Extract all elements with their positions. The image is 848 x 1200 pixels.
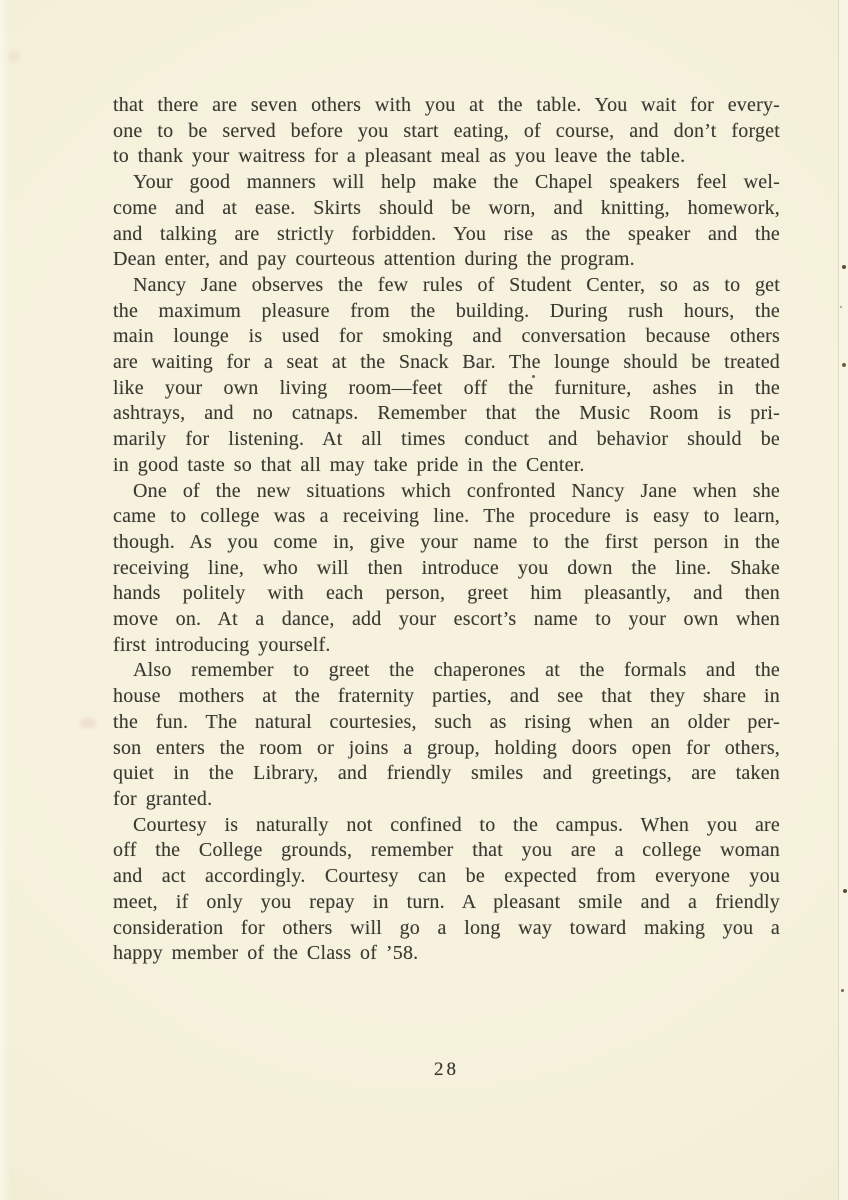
- text-line: in good taste so that all may take pride…: [113, 453, 780, 479]
- paragraph: One of the new situations which confront…: [113, 479, 780, 659]
- text-line: the fun. The natural courtesies, such as…: [113, 710, 780, 736]
- scan-edge-left: [0, 0, 10, 1200]
- text-line: the maximum pleasure from the building. …: [113, 299, 780, 325]
- text-line: off the College grounds, remember that y…: [113, 838, 780, 864]
- text-line: first introducing yourself.: [113, 633, 780, 659]
- dust-speck: [841, 989, 844, 992]
- paragraph: Your good manners will help make the Cha…: [113, 170, 780, 273]
- scan-edge-right: [838, 0, 848, 1200]
- text-line: marily for listening. At all times condu…: [113, 427, 780, 453]
- text-line: like your own living room—feet off the f…: [113, 376, 780, 402]
- text-line: happy member of the Class of ’58.: [113, 941, 780, 967]
- page-number: 28: [113, 1059, 780, 1081]
- text-line: came to college was a receiving line. Th…: [113, 504, 780, 530]
- dust-speck: [843, 889, 847, 893]
- book-page: that there are seven others with you at …: [0, 0, 848, 1200]
- paragraph: that there are seven others with you at …: [113, 93, 780, 170]
- paper-smudge: [8, 52, 20, 61]
- text-line: are waiting for a seat at the Snack Bar.…: [113, 350, 780, 376]
- text-line: move on. At a dance, add your escort’s n…: [113, 607, 780, 633]
- text-line: son enters the room or joins a group, ho…: [113, 736, 780, 762]
- text-line: for granted.: [113, 787, 780, 813]
- text-line: Nancy Jane observes the few rules of Stu…: [113, 273, 780, 299]
- text-line: and talking are strictly forbidden. You …: [113, 222, 780, 248]
- paper-smudge: [80, 718, 96, 728]
- text-line: Your good manners will help make the Cha…: [113, 170, 780, 196]
- dust-speck: [842, 363, 846, 367]
- text-line: consideration for others will go a long …: [113, 916, 780, 942]
- text-line: though. As you come in, give your name t…: [113, 530, 780, 556]
- text-line: Dean enter, and pay courteous attention …: [113, 247, 780, 273]
- text-line: hands politely with each person, greet h…: [113, 581, 780, 607]
- text-line: One of the new situations which confront…: [113, 479, 780, 505]
- dust-speck: [842, 265, 846, 269]
- text-line: ashtrays, and no catnaps. Remember that …: [113, 401, 780, 427]
- text-line: and act accordingly. Courtesy can be exp…: [113, 864, 780, 890]
- text-line: come and at ease. Skirts should be worn,…: [113, 196, 780, 222]
- paragraph: Also remember to greet the chaperones at…: [113, 658, 780, 812]
- paragraph: Courtesy is naturally not confined to th…: [113, 813, 780, 967]
- dust-speck: [532, 375, 535, 378]
- text-line: to thank your waitress for a pleasant me…: [113, 144, 780, 170]
- text-line: receiving line, who will then introduce …: [113, 556, 780, 582]
- text-line: Also remember to greet the chaperones at…: [113, 658, 780, 684]
- text-line: house mothers at the fraternity parties,…: [113, 684, 780, 710]
- text-line: main lounge is used for smoking and conv…: [113, 324, 780, 350]
- text-line: meet, if only you repay in turn. A pleas…: [113, 890, 780, 916]
- text-line: that there are seven others with you at …: [113, 93, 780, 119]
- text-line: quiet in the Library, and friendly smile…: [113, 761, 780, 787]
- page-text: that there are seven others with you at …: [113, 93, 780, 967]
- text-line: one to be served before you start eating…: [113, 119, 780, 145]
- dust-speck: [840, 306, 842, 308]
- text-line: Courtesy is naturally not confined to th…: [113, 813, 780, 839]
- paragraph: Nancy Jane observes the few rules of Stu…: [113, 273, 780, 479]
